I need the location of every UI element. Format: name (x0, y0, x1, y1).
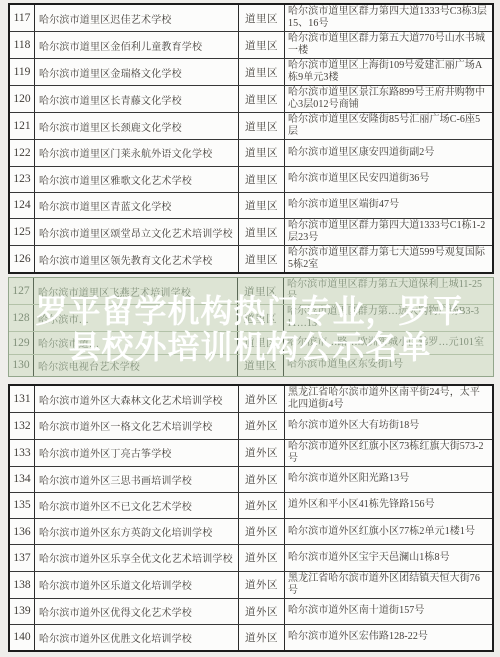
row-number-cell: 128 (9, 305, 33, 331)
row-number-cell: 125 (10, 219, 34, 245)
row-number-cell: 126 (10, 246, 34, 272)
district-cell: 道里区 (238, 246, 284, 272)
address-cell: 哈尔滨市道里区康安四道街副2号 (284, 140, 492, 165)
address-cell: 道外区和平小区41栋先锋路156号 (284, 493, 492, 518)
address-cell: 哈尔滨市道里区景江东路899号王府井购物中心3层012号商铺 (284, 86, 492, 112)
table-row: 129哈尔滨市道…道里区哈尔滨市…路…欧洲新城小区佛罗…元101室 (9, 331, 493, 354)
address-cell: 哈尔滨市道里区群力第七大道599号观复国际5栋2室 (284, 246, 492, 272)
school-name-cell: 哈尔滨市道里区雅歌文化艺术学校 (34, 167, 238, 192)
table-row: 122哈尔滨市道里区门莱永航外语文化学校道里区哈尔滨市道里区康安四道街副2号 (10, 139, 492, 165)
table-row: 123哈尔滨市道里区雅歌文化艺术学校道里区哈尔滨市道里区民安四道街36号 (10, 166, 492, 192)
district-cell: 道外区 (238, 467, 284, 492)
table-row: 135哈尔滨市道外区不已文化艺术学校道外区道外区和平小区41栋先锋路156号 (10, 492, 492, 518)
address-cell: 哈尔滨市道外区宏伟路128-22号 (284, 625, 492, 650)
school-name-cell: 哈尔滨市道里区门莱永航外语文化学校 (34, 140, 238, 165)
school-name-cell: 哈尔滨市道里区飞燕艺术培训学校 (33, 278, 237, 304)
school-name-cell: 哈尔滨市道… (33, 332, 237, 354)
table-row: 130哈尔滨电视台艺术学校道里区哈尔滨市道里区东安街1号 (9, 354, 493, 377)
address-cell: 哈尔滨市道外区红旗小区73栋红旗大街573-2号 (284, 440, 492, 466)
table-row: 138哈尔滨市道外区乐道文化培训学校道外区黑龙江省哈尔滨市道外区团结镇天恒大街7… (10, 571, 492, 598)
address-cell: 黑龙江省哈尔滨市道外区团结镇天恒大街76号 (284, 572, 492, 598)
address-cell: 哈尔滨市道里区群力第五大道770号山水书城一楼 (284, 32, 492, 58)
row-number-cell: 139 (10, 599, 34, 624)
school-name-cell: 哈尔滨市道外区丁亮古筝学校 (34, 440, 238, 466)
address-cell: 哈尔滨市道里区群力第…远大购物广场B3-3 11…13 (283, 305, 493, 331)
table-row: 125哈尔滨市道里区颂堂昂立文化艺术培训学校道里区哈尔滨市道里区群力第四大道13… (10, 218, 492, 245)
row-number-cell: 124 (10, 193, 34, 218)
address-cell: 哈尔滨市道里区群力第四大道1333号C1栋1-2层23号 (284, 219, 492, 245)
district-cell: 道里区 (238, 113, 284, 139)
school-name-cell: 哈尔滨市道里区长青藤文化学校 (34, 86, 238, 112)
district-cell: 道外区 (238, 625, 284, 650)
table-row: 136哈尔滨市道外区东方英韵文化培训学校道外区哈尔滨市道外区红旗小区77栋2单元… (10, 518, 492, 544)
school-name-cell: 哈尔滨市道外区优得文化艺术学校 (34, 599, 238, 624)
district-cell: 道里区 (237, 278, 283, 304)
school-name-cell: 哈尔滨市道外区大森林文化艺术培训学校 (34, 386, 238, 412)
district-cell: 道外区 (238, 440, 284, 466)
row-number-cell: 135 (10, 493, 34, 518)
document-page: 117哈尔滨市道里区迟佳艺术学校道里区哈尔滨市道里区群力第四大道1333号C3栋… (0, 0, 500, 657)
address-cell: 哈尔滨市道外区大有坊街18号 (284, 413, 492, 438)
school-name-cell: 哈尔滨市道里区青蓝文化学校 (34, 193, 238, 218)
school-name-cell: 哈尔滨市道外区优胜文化培训学校 (34, 625, 238, 650)
address-cell: 黑龙江省哈尔滨市道外区南平街24号，太平北四道街4号 (284, 386, 492, 412)
address-cell: 哈尔滨市道里区东安街1号 (283, 355, 493, 377)
row-number-cell: 137 (10, 545, 34, 570)
table-row: 124哈尔滨市道里区青蓝文化学校道里区哈尔滨市道里区端街47号 (10, 192, 492, 218)
table-row: 140哈尔滨市道外区优胜文化培训学校道外区哈尔滨市道外区宏伟路128-22号 (10, 624, 492, 650)
school-name-cell: 哈尔滨市道里区迟佳艺术学校 (34, 5, 238, 31)
district-cell: 道外区 (238, 599, 284, 624)
table-row: 127哈尔滨市道里区飞燕艺术培训学校道里区哈尔滨市道里区群力第五大道保利上城11… (9, 278, 493, 304)
address-cell: 哈尔滨市道里区安隆街85号汇丽广场C-6座5层 (284, 113, 492, 139)
school-name-cell: 哈尔滨市道外区乐道文化培训学校 (34, 572, 238, 598)
district-cell: 道里区 (237, 305, 283, 331)
school-name-cell: 哈尔滨市道外区乐享全优文化艺术培训学校 (34, 545, 238, 570)
district-cell: 道外区 (238, 545, 284, 570)
school-name-cell: 哈尔滨市道里区颂堂昂立文化艺术培训学校 (34, 219, 238, 245)
table-row: 131哈尔滨市道外区大森林文化艺术培训学校道外区黑龙江省哈尔滨市道外区南平街24… (10, 386, 492, 412)
school-name-cell: 哈尔滨电视台艺术学校 (33, 355, 237, 377)
school-name-cell: 哈尔滨市道里区长颈鹿文化学校 (34, 113, 238, 139)
row-number-cell: 131 (10, 386, 34, 412)
school-name-cell: 哈尔滨市道里区领先教育文化艺术学校 (34, 246, 238, 272)
table-row: 118哈尔滨市道里区金佰利儿童教育学校道里区哈尔滨市道里区群力第五大道770号山… (10, 31, 492, 58)
school-table-section-daoli: 117哈尔滨市道里区迟佳艺术学校道里区哈尔滨市道里区群力第四大道1333号C3栋… (8, 3, 494, 274)
district-cell: 道外区 (238, 493, 284, 518)
row-number-cell: 121 (10, 113, 34, 139)
row-number-cell: 118 (10, 32, 34, 58)
district-cell: 道里区 (238, 59, 284, 85)
address-cell: 哈尔滨市道里区上海街109号爱建汇丽广场A栋9单元3楼 (284, 59, 492, 85)
address-cell: 哈尔滨市道外区阳光路13号 (284, 467, 492, 492)
address-cell: 哈尔滨市道外区红旗小区77栋2单元1楼1号 (284, 519, 492, 544)
table-row: 132哈尔滨市道外区一格文化艺术培训学校道外区哈尔滨市道外区大有坊街18号 (10, 412, 492, 438)
address-cell: 哈尔滨市道里区群力第五大道保利上城11-25号 (283, 278, 493, 304)
district-cell: 道里区 (238, 140, 284, 165)
district-cell: 道外区 (238, 386, 284, 412)
row-number-cell: 130 (9, 355, 33, 377)
row-number-cell: 119 (10, 59, 34, 85)
school-table-section-highlighted: 127哈尔滨市道里区飞燕艺术培训学校道里区哈尔滨市道里区群力第五大道保利上城11… (8, 277, 494, 377)
row-number-cell: 133 (10, 440, 34, 466)
school-table-section-daowai: 131哈尔滨市道外区大森林文化艺术培训学校道外区黑龙江省哈尔滨市道外区南平街24… (8, 384, 494, 652)
table-row: 128哈尔滨市…道里区哈尔滨市道里区群力第…远大购物广场B3-3 11…13 (9, 304, 493, 331)
row-number-cell: 140 (10, 625, 34, 650)
table-row: 139哈尔滨市道外区优得文化艺术学校道外区哈尔滨市道外区南十道街157号 (10, 598, 492, 624)
row-number-cell: 117 (10, 5, 34, 31)
district-cell: 道里区 (238, 167, 284, 192)
table-row: 119哈尔滨市道里区金瑞格文化学校道里区哈尔滨市道里区上海街109号爱建汇丽广场… (10, 58, 492, 85)
row-number-cell: 123 (10, 167, 34, 192)
address-cell: 哈尔滨市道里区民安四道街36号 (284, 167, 492, 192)
district-cell: 道里区 (238, 193, 284, 218)
row-number-cell: 138 (10, 572, 34, 598)
district-cell: 道外区 (238, 572, 284, 598)
school-name-cell: 哈尔滨市道外区三思书画培训学校 (34, 467, 238, 492)
table-row: 117哈尔滨市道里区迟佳艺术学校道里区哈尔滨市道里区群力第四大道1333号C3栋… (10, 5, 492, 31)
table-row: 121哈尔滨市道里区长颈鹿文化学校道里区哈尔滨市道里区安隆街85号汇丽广场C-6… (10, 112, 492, 139)
table-row: 137哈尔滨市道外区乐享全优文化艺术培训学校道外区哈尔滨市道外区宝宇天邑澜山1栋… (10, 544, 492, 570)
address-cell: 哈尔滨市道外区南十道街157号 (284, 599, 492, 624)
school-name-cell: 哈尔滨市道外区不已文化艺术学校 (34, 493, 238, 518)
table-row: 134哈尔滨市道外区三思书画培训学校道外区哈尔滨市道外区阳光路13号 (10, 466, 492, 492)
address-cell: 哈尔滨市道里区端街47号 (284, 193, 492, 218)
district-cell: 道外区 (238, 413, 284, 438)
school-name-cell: 哈尔滨市… (33, 305, 237, 331)
address-cell: 哈尔滨市道里区群力第四大道1333号C3栋3层15、16号 (284, 5, 492, 31)
row-number-cell: 127 (9, 278, 33, 304)
district-cell: 道里区 (238, 32, 284, 58)
row-number-cell: 122 (10, 140, 34, 165)
school-name-cell: 哈尔滨市道里区金佰利儿童教育学校 (34, 32, 238, 58)
district-cell: 道里区 (237, 355, 283, 377)
row-number-cell: 120 (10, 86, 34, 112)
school-name-cell: 哈尔滨市道外区一格文化艺术培训学校 (34, 413, 238, 438)
row-number-cell: 129 (9, 332, 33, 354)
table-row: 120哈尔滨市道里区长青藤文化学校道里区哈尔滨市道里区景江东路899号王府井购物… (10, 85, 492, 112)
table-row: 133哈尔滨市道外区丁亮古筝学校道外区哈尔滨市道外区红旗小区73栋红旗大街573… (10, 439, 492, 466)
school-name-cell: 哈尔滨市道里区金瑞格文化学校 (34, 59, 238, 85)
table-row: 126哈尔滨市道里区领先教育文化艺术学校道里区哈尔滨市道里区群力第七大道599号… (10, 245, 492, 272)
row-number-cell: 136 (10, 519, 34, 544)
district-cell: 道里区 (238, 219, 284, 245)
address-cell: 哈尔滨市…路…欧洲新城小区佛罗…元101室 (283, 332, 493, 354)
district-cell: 道里区 (237, 332, 283, 354)
district-cell: 道里区 (238, 86, 284, 112)
row-number-cell: 134 (10, 467, 34, 492)
school-name-cell: 哈尔滨市道外区东方英韵文化培训学校 (34, 519, 238, 544)
district-cell: 道里区 (238, 5, 284, 31)
row-number-cell: 132 (10, 413, 34, 438)
district-cell: 道外区 (238, 519, 284, 544)
address-cell: 哈尔滨市道外区宝宇天邑澜山1栋8号 (284, 545, 492, 570)
